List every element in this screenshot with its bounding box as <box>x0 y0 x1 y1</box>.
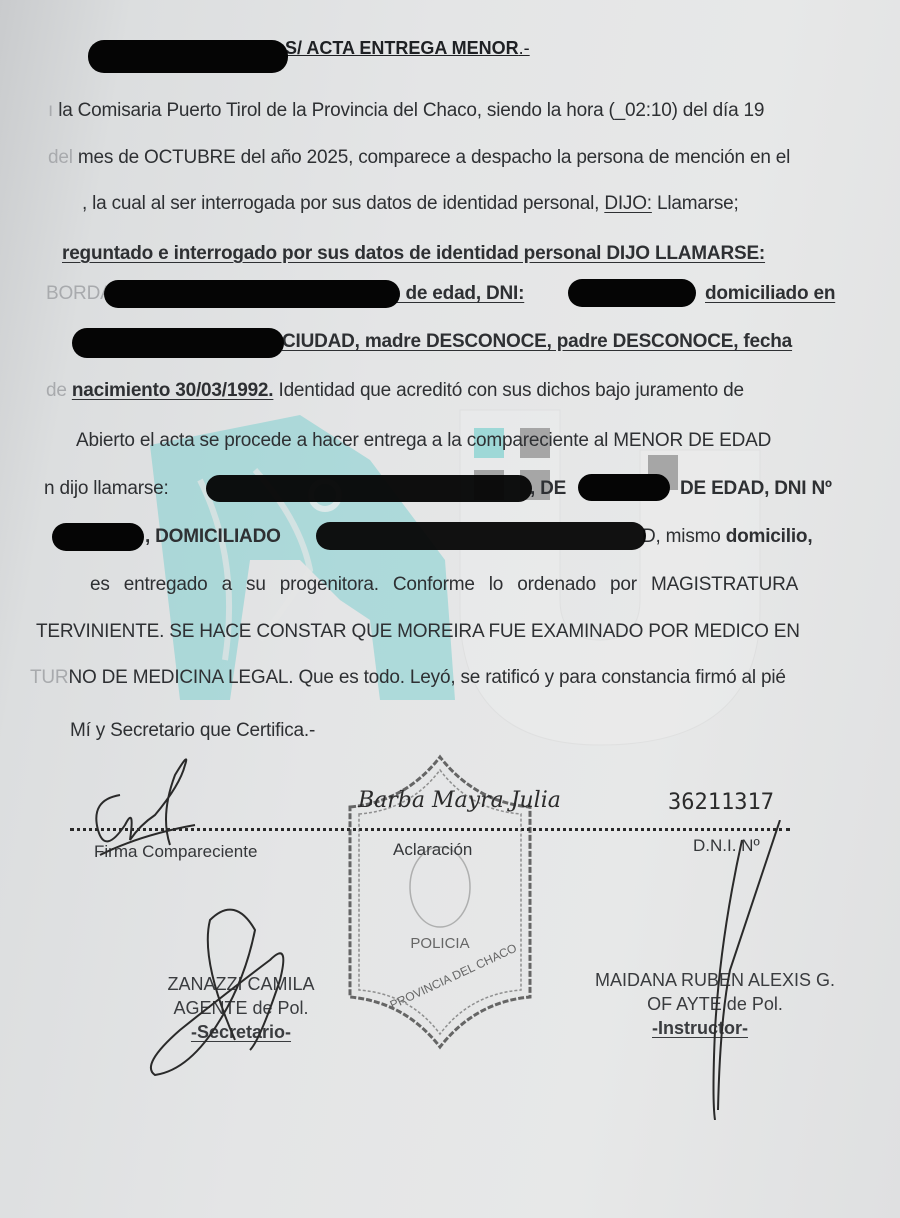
dni-label: D.N.I. Nº <box>693 836 760 856</box>
text-line: , DOMICILIADO <box>145 526 281 548</box>
text-line: n dijo llamarse: <box>44 478 169 500</box>
text-line: Abierto el acta se procede a hacer entre… <box>76 430 771 452</box>
text-line: domiciliado en <box>705 283 835 305</box>
text-line: , la cual al ser interrogada por sus dat… <box>82 193 739 215</box>
text-line: ı la Comisaria Puerto Tirol de la Provin… <box>48 100 764 122</box>
handwritten-name: Barba Mayra Julia <box>358 788 561 813</box>
redaction-bar <box>578 474 670 501</box>
secretario-block: ZANAZZI CAMILA AGENTE de Pol. -Secretari… <box>146 972 336 1044</box>
redaction-bar <box>568 279 696 307</box>
identity-heading: reguntado e interrogado por sus datos de… <box>62 243 765 265</box>
text-line: , DE <box>530 478 566 500</box>
text-line: TURNO DE MEDICINA LEGAL. Que es todo. Le… <box>30 667 786 689</box>
aclaracion-label: Aclaración <box>393 840 472 860</box>
text-line: TERVINIENTE. SE HACE CONSTAR QUE MOREIRA… <box>36 621 800 643</box>
redaction-bar <box>52 523 144 551</box>
text-line: CIUDAD, madre DESCONOCE, padre DESCONOCE… <box>282 331 792 353</box>
instructor-block: MAIDANA RUBEN ALEXIS G. OF AYTE de Pol. … <box>575 968 855 1040</box>
stamp-middle-text: POLICIA <box>410 935 469 952</box>
text-line: es entregado a su progenitora. Conforme … <box>90 574 798 596</box>
text-line: DE EDAD, DNI Nº <box>680 478 832 500</box>
text-line: D, mismo domicilio, <box>642 526 812 548</box>
handwritten-dni: 36211317 <box>668 790 774 815</box>
text-line: Mí y Secretario que Certifica.- <box>70 720 315 742</box>
firma-compareciente-label: Firma Compareciente <box>94 842 257 862</box>
text-line: s de edad, DNI: <box>390 283 524 305</box>
document-title: S/ ACTA ENTREGA MENOR.- <box>285 38 530 59</box>
text-line: BORDA <box>46 283 113 305</box>
redaction-bar <box>316 522 646 550</box>
redaction-bar <box>206 475 532 502</box>
text-line: del mes de OCTUBRE del año 2025, compare… <box>48 147 790 169</box>
redaction-bar <box>72 328 284 358</box>
redaction-bar <box>88 40 288 73</box>
text-line: de nacimiento 30/03/1992. Identidad que … <box>46 380 744 402</box>
redaction-bar <box>104 280 400 308</box>
document-page: S/ ACTA ENTREGA MENOR.- ı la Comisaria P… <box>0 0 900 1218</box>
